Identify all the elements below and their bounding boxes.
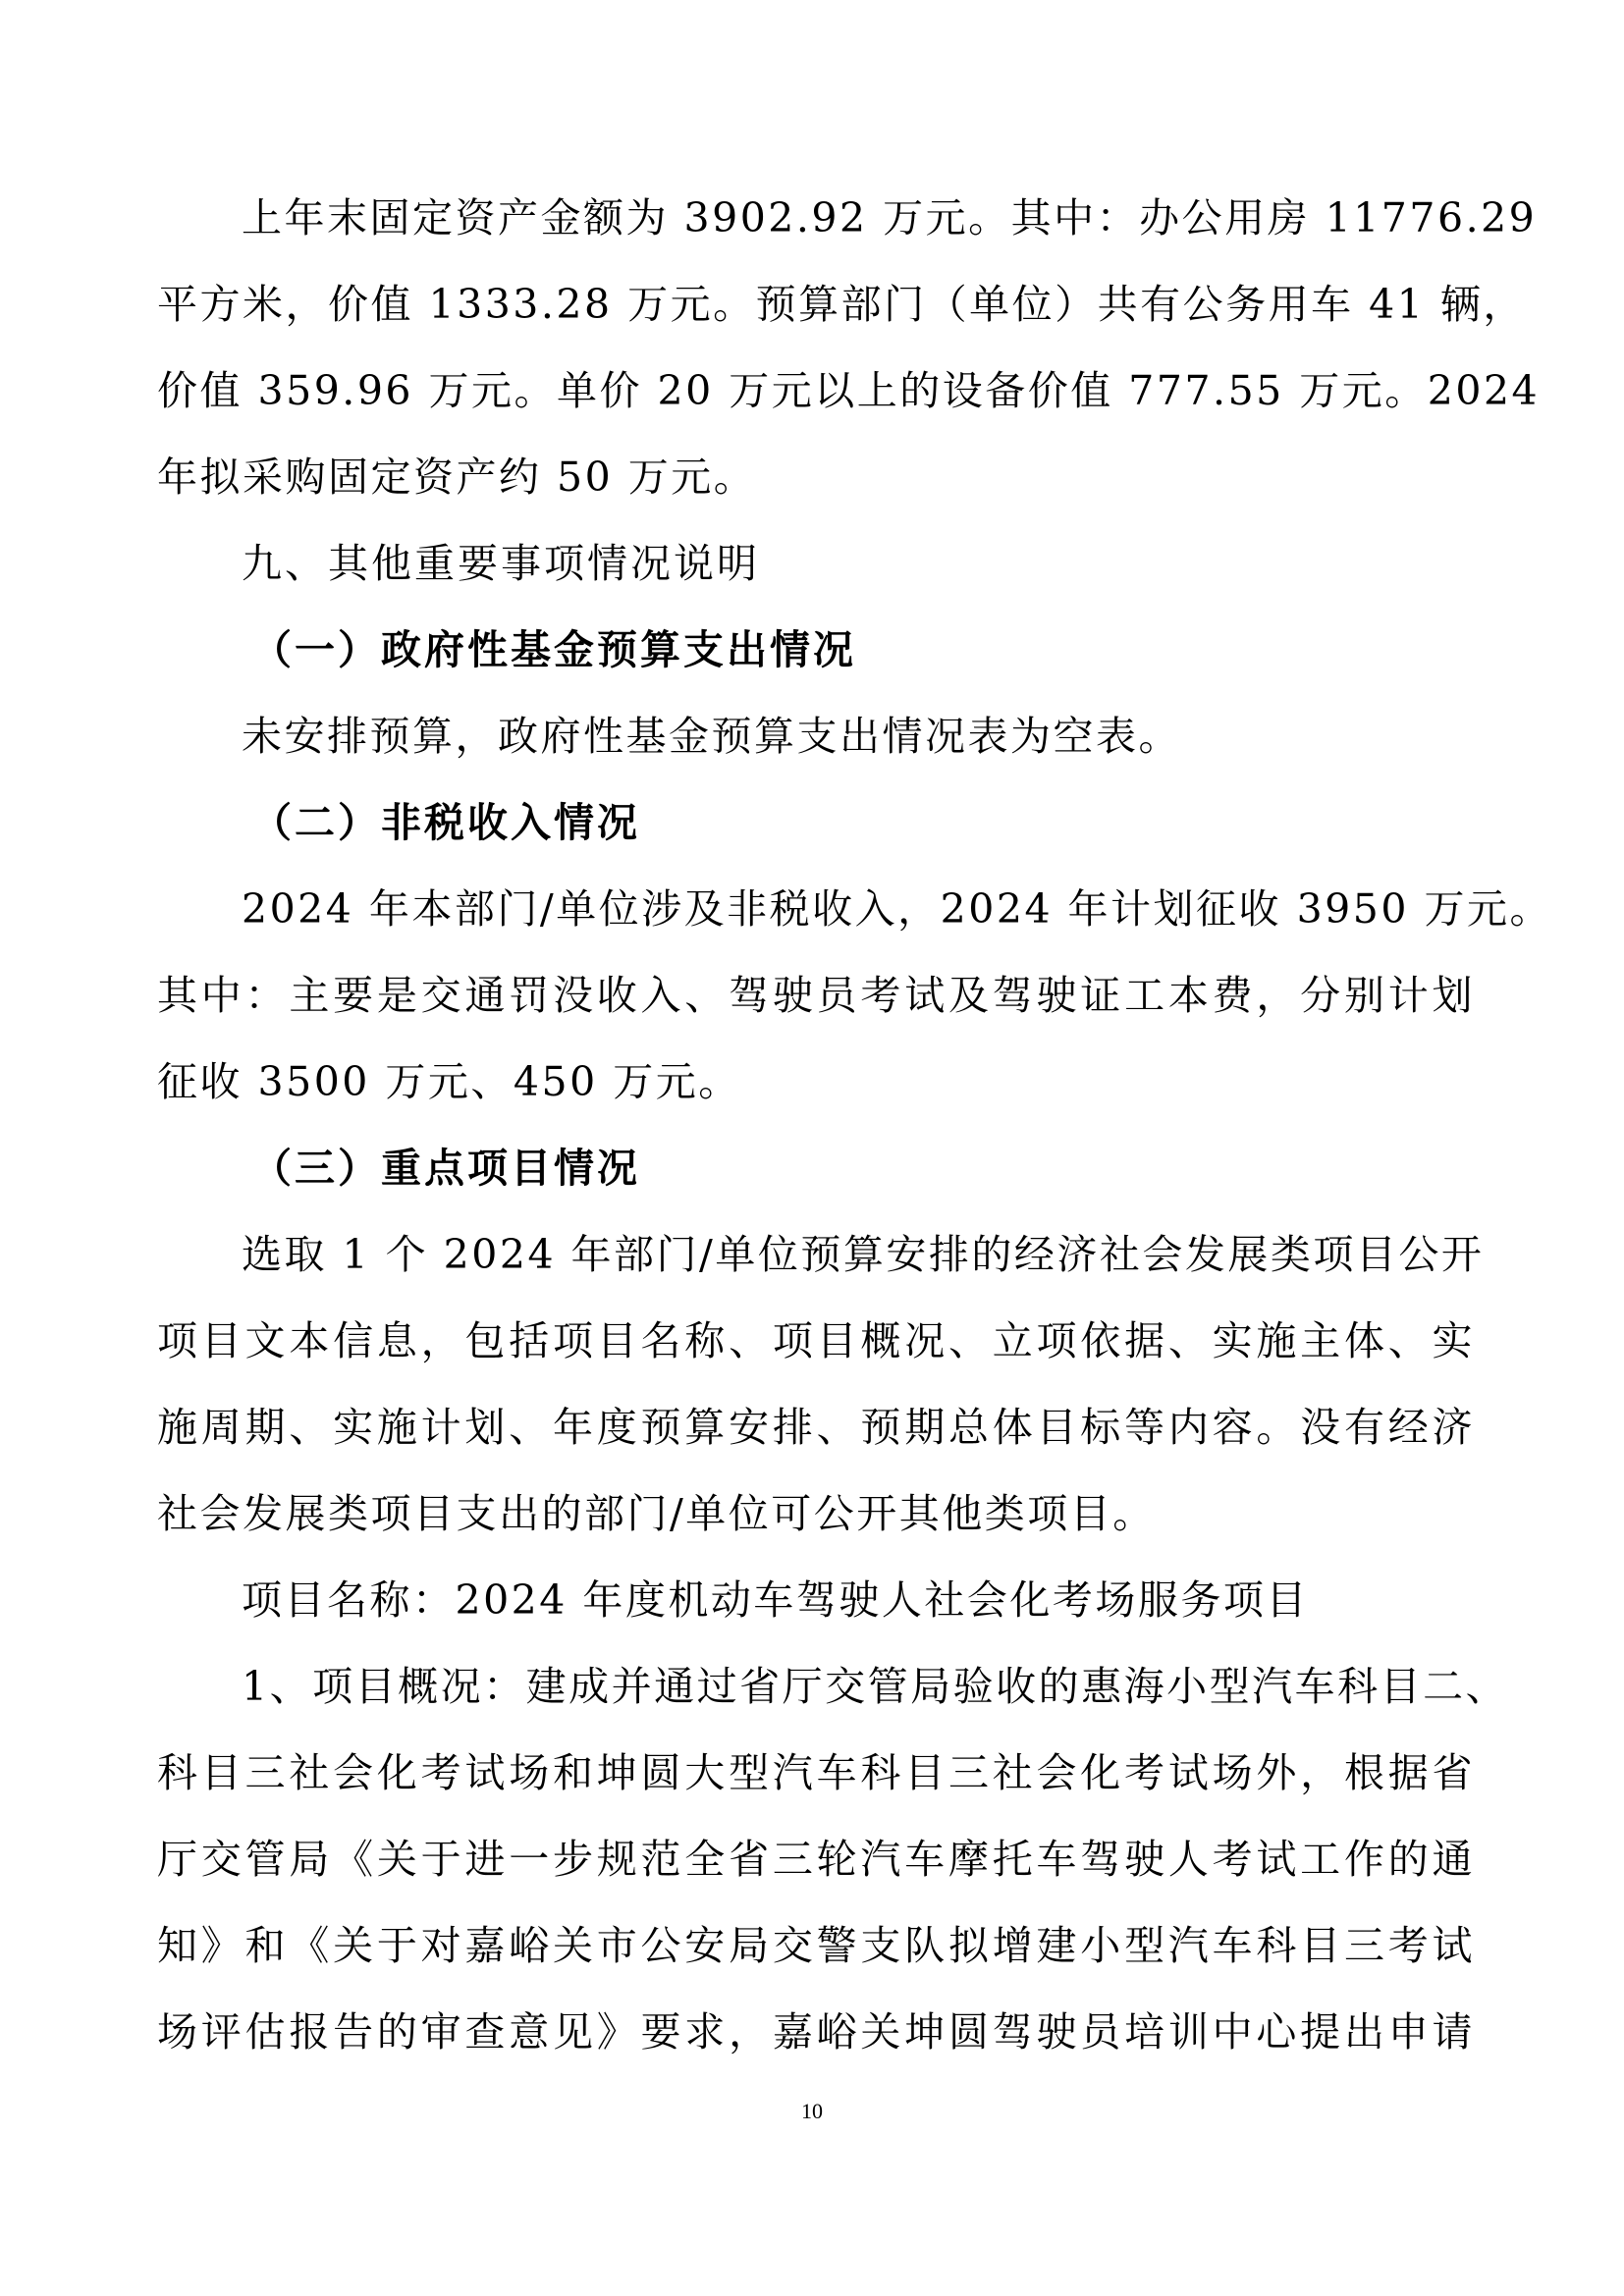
document-page: 上年末固定资产金额为 3902.92 万元。其中：办公用房 11776.29 平… (157, 175, 1475, 2075)
page-number: 10 (0, 2099, 1624, 2124)
subheading-key-projects: （三）重点项目情况 (157, 1125, 1475, 1211)
paragraph-fixed-assets-line-4: 年拟采购固定资产约 50 万元。 (157, 434, 1475, 520)
paragraph-project-overview-line-3: 厅交管局《关于进一步规范全省三轮汽车摩托车驾驶人考试工作的通 (157, 1816, 1475, 1902)
paragraph-key-projects-line-3: 施周期、实施计划、年度预算安排、预期总体目标等内容。没有经济 (157, 1384, 1475, 1470)
paragraph-non-tax-line-1: 2024 年本部门/单位涉及非税收入，2024 年计划征收 3950 万元。 (157, 866, 1475, 952)
subheading-non-tax-revenue: （二）非税收入情况 (157, 779, 1475, 866)
paragraph-fixed-assets-line-3: 价值 359.96 万元。单价 20 万元以上的设备价值 777.55 万元。2… (157, 347, 1475, 434)
paragraph-key-projects-line-2: 项目文本信息，包括项目名称、项目概况、立项依据、实施主体、实 (157, 1298, 1475, 1384)
paragraph-non-tax-line-3: 征收 3500 万元、450 万元。 (157, 1039, 1475, 1125)
paragraph-key-projects-line-4: 社会发展类项目支出的部门/单位可公开其他类项目。 (157, 1470, 1475, 1557)
paragraph-project-overview-line-5: 场评估报告的审查意见》要求，嘉峪关坤圆驾驶员培训中心提出申请 (157, 1989, 1475, 2075)
project-name: 项目名称：2024 年度机动车驾驶人社会化考场服务项目 (157, 1557, 1475, 1643)
paragraph-project-overview-line-1: 1、项目概况：建成并通过省厅交管局验收的惠海小型汽车科目二、 (157, 1643, 1475, 1730)
paragraph-non-tax-line-2: 其中：主要是交通罚没收入、驾驶员考试及驾驶证工本费，分别计划 (157, 952, 1475, 1039)
section-heading-other-matters: 九、其他重要事项情况说明 (157, 520, 1475, 607)
paragraph-key-projects-line-1: 选取 1 个 2024 年部门/单位预算安排的经济社会发展类项目公开 (157, 1211, 1475, 1298)
paragraph-gov-fund-budget: 未安排预算，政府性基金预算支出情况表为空表。 (157, 693, 1475, 779)
paragraph-fixed-assets-line-2: 平方米，价值 1333.28 万元。预算部门（单位）共有公务用车 41 辆， (157, 261, 1475, 347)
paragraph-project-overview-line-2: 科目三社会化考试场和坤圆大型汽车科目三社会化考试场外，根据省 (157, 1730, 1475, 1816)
paragraph-project-overview-line-4: 知》和《关于对嘉峪关市公安局交警支队拟增建小型汽车科目三考试 (157, 1902, 1475, 1989)
paragraph-fixed-assets-line-1: 上年末固定资产金额为 3902.92 万元。其中：办公用房 11776.29 (157, 175, 1475, 261)
subheading-gov-fund-budget: （一）政府性基金预算支出情况 (157, 607, 1475, 693)
